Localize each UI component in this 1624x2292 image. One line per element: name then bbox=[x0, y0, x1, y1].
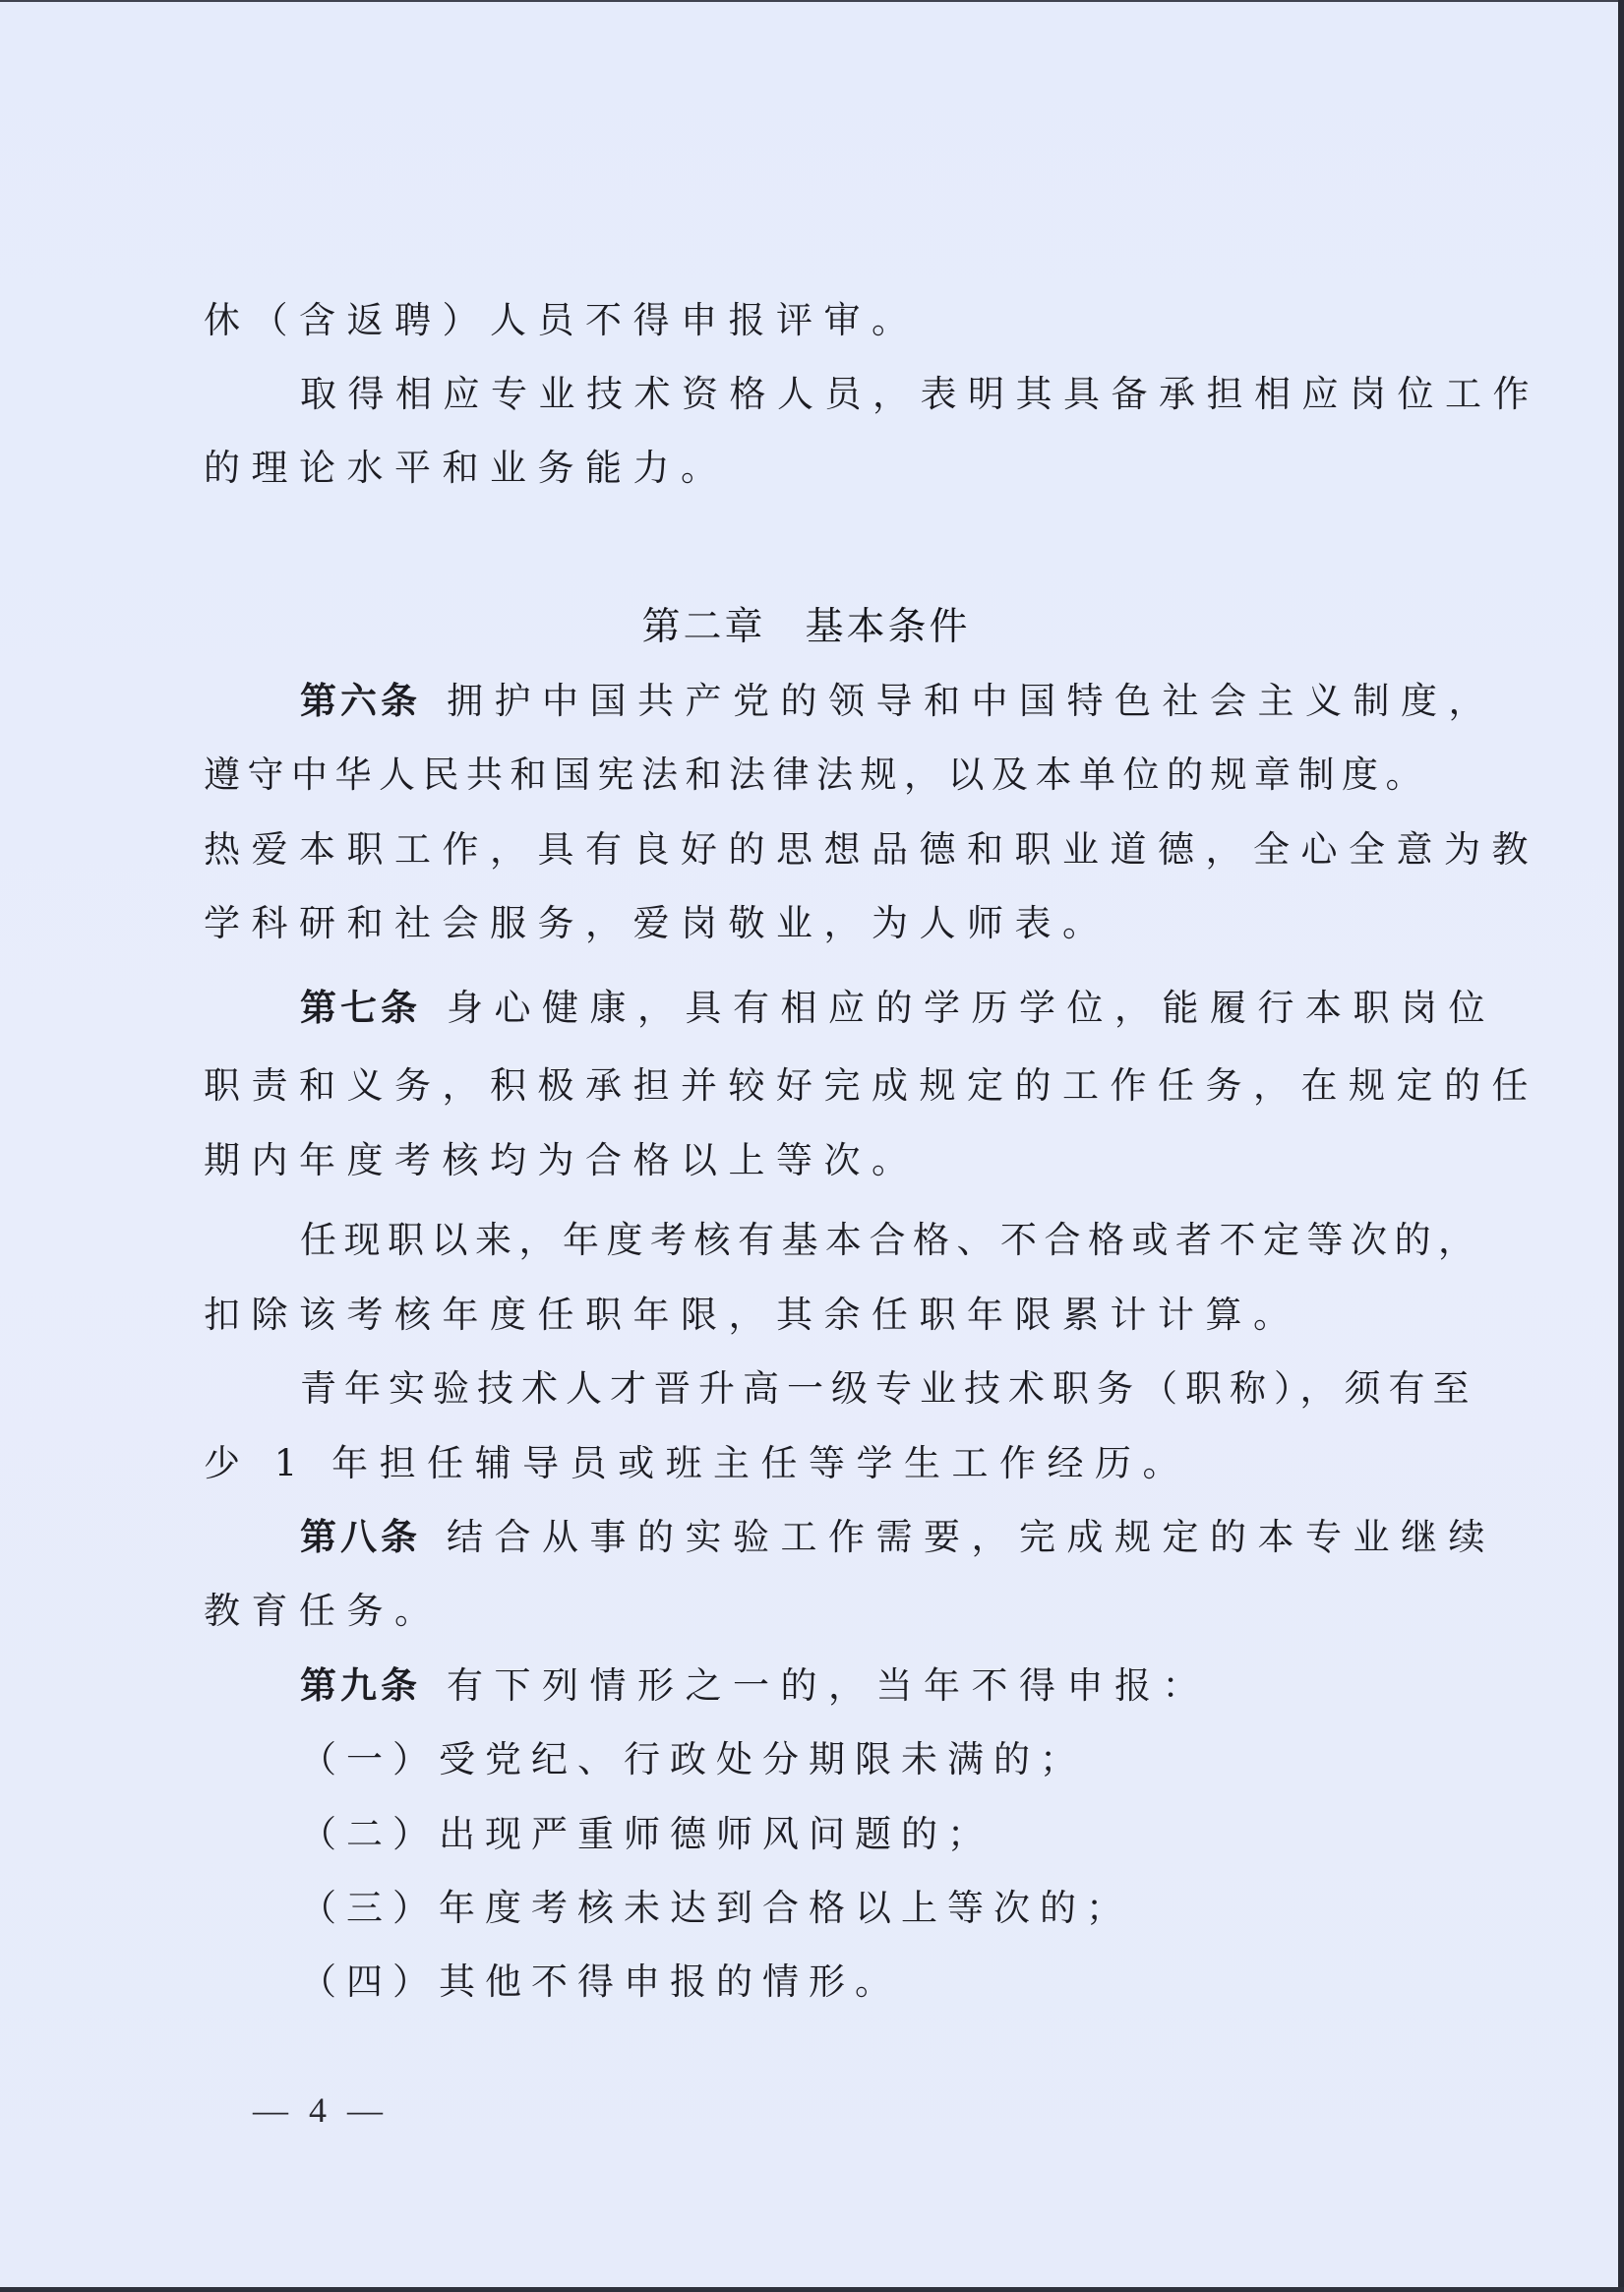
qualification-paragraph-line-2: 的理论水平和业务能力。 bbox=[204, 439, 1413, 498]
chapter-heading: 第二章基本条件 bbox=[204, 598, 1409, 657]
article-9-intro: 第九条有下列情形之一的，当年不得申报： bbox=[300, 1657, 1510, 1716]
article-9-label: 第九条 bbox=[300, 1664, 421, 1707]
scan-edge-right bbox=[1618, 0, 1624, 2292]
article-6-line-3: 热爱本职工作，具有良好的思想品德和职业道德，全心全意为教 bbox=[204, 820, 1413, 879]
article-6-line-1: 第六条拥护中国共产党的领导和中国特色社会主义制度， bbox=[300, 672, 1510, 731]
article-6-label: 第六条 bbox=[300, 680, 421, 722]
article-8-line-2: 教育任务。 bbox=[204, 1582, 1413, 1641]
article-6-line-4: 学科研和社会服务，爱岗敬业，为人师表。 bbox=[204, 894, 1413, 953]
article-8-label: 第八条 bbox=[300, 1516, 421, 1558]
article-8-text: 结合从事的实验工作需要，完成规定的本专业继续 bbox=[447, 1516, 1496, 1558]
article-7-para2-line-1: 任现职以来，年度考核有基本合格、不合格或者不定等次的， bbox=[300, 1211, 1510, 1270]
continuation-line: 休（含返聘）人员不得申报评审。 bbox=[204, 291, 1413, 350]
article-8-line-1: 第八条结合从事的实验工作需要，完成规定的本专业继续 bbox=[300, 1508, 1510, 1567]
page-number: — 4 — bbox=[253, 2085, 389, 2135]
article-7-line-2: 职责和义务，积极承担并较好完成规定的工作任务，在规定的任 bbox=[204, 1056, 1413, 1116]
article-7-line-3: 期内年度考核均为合格以上等次。 bbox=[204, 1131, 1413, 1190]
document-page: 休（含返聘）人员不得申报评审。 取得相应专业技术资格人员，表明其具备承担相应岗位… bbox=[0, 0, 1618, 2287]
qualification-paragraph-line-1: 取得相应专业技术资格人员，表明其具备承担相应岗位工作 bbox=[300, 365, 1510, 424]
article-6-line-2: 遵守中华人民共和国宪法和法律法规，以及本单位的规章制度。 bbox=[204, 746, 1413, 805]
scan-edge-top bbox=[0, 0, 1624, 2]
chapter-title: 基本条件 bbox=[806, 605, 971, 649]
article-9-item-3: （三）年度考核未达到合格以上等次的； bbox=[300, 1879, 1510, 1938]
chapter-number: 第二章 bbox=[641, 605, 765, 649]
article-7-para3-line-2: 少 1 年担任辅导员或班主任等学生工作经历。 bbox=[204, 1434, 1413, 1493]
article-9-item-2: （二）出现严重师德师风问题的； bbox=[300, 1805, 1510, 1864]
article-7-para2-line-2: 扣除该考核年度任职年限，其余任职年限累计计算。 bbox=[204, 1286, 1413, 1345]
article-9-item-4: （四）其他不得申报的情形。 bbox=[300, 1953, 1510, 2012]
article-7-line-1: 第七条身心健康，具有相应的学历学位，能履行本职岗位 bbox=[300, 979, 1510, 1038]
article-6-text: 拥护中国共产党的领导和中国特色社会主义制度， bbox=[447, 680, 1496, 722]
article-7-label: 第七条 bbox=[300, 987, 421, 1029]
scan-edge-bottom bbox=[0, 2287, 1624, 2292]
article-9-text: 有下列情形之一的，当年不得申报： bbox=[447, 1664, 1210, 1707]
article-9-item-1: （一）受党纪、行政处分期限未满的； bbox=[300, 1730, 1510, 1789]
article-7-para3-line-1: 青年实验技术人才晋升高一级专业技术职务（职称），须有至 bbox=[300, 1359, 1510, 1418]
article-7-text: 身心健康，具有相应的学历学位，能履行本职岗位 bbox=[447, 987, 1496, 1029]
